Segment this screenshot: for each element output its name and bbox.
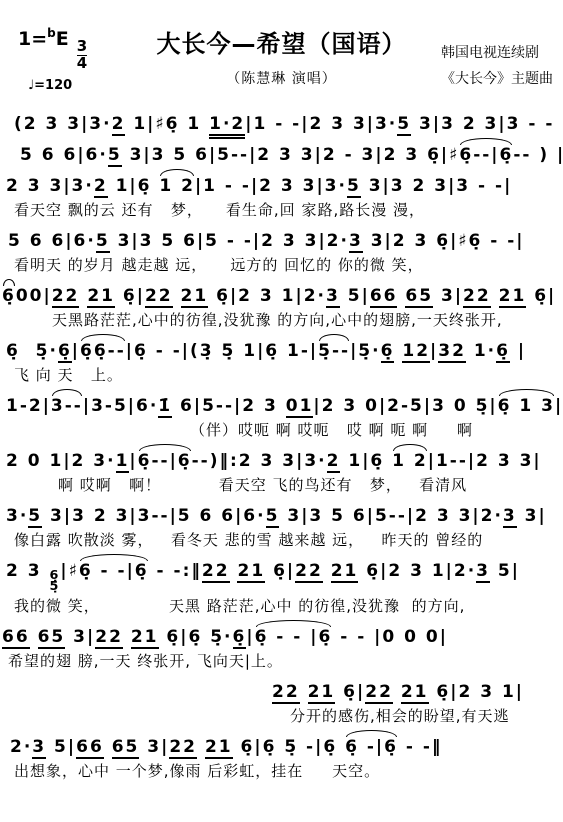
lyric-line: 啊 哎啊 啊！ 看天空 飞的鸟还有 梦， 看清风 xyxy=(0,472,563,496)
lyric-line: （伴）哎呃 啊 哎呃 哎 啊 呃 啊 啊 xyxy=(0,417,563,441)
music-line: 3·5 3|3 2 3|3--|5 6 6|6·5 3|3 5 6|5--|2 … xyxy=(0,496,563,527)
music-line: 6̣00|22 21 6̣|22 21 6̣|2 3 1|2·3 5|66 65… xyxy=(0,276,563,307)
sheet-music-page: 1=bE34 ♩=120 大长今—希望（国语） （陈慧琳 演唱） 韩国电视连续剧… xyxy=(0,0,563,822)
credit-line-2: 《大长今》主题曲 xyxy=(441,66,553,92)
music-line: 5 6 6|6·5 3|3 5 6|5 - -|2 3 3|2·3 3|2 3 … xyxy=(0,221,563,252)
header: 1=bE34 ♩=120 大长今—希望（国语） （陈慧琳 演唱） 韩国电视连续剧… xyxy=(0,0,563,102)
music-line: 5 6 6|6·5 3|3 5 6|5--|2 3 3|2 - 3|2 3 6̣… xyxy=(0,135,563,166)
music-line: (2 3 3|3·2 1|♯6̣ 1 1·2|1 - -|2 3 3|3·5 3… xyxy=(0,104,563,135)
music-line: 2 3 3|3·2 1|6̣ 1 2|1 - -|2 3 3|3·5 3|3 2… xyxy=(0,166,563,197)
music-line: 22 21 6̣|22 21 6̣|2 3 1| xyxy=(0,672,563,703)
lyric-line: 像白露 吹散淡 雾， 看冬天 悲的雪 越来越 远， 昨天的 曾经的 xyxy=(0,527,563,551)
credit-line-1: 韩国电视连续剧 xyxy=(441,40,553,66)
lyric-line: 看天空 飘的云 还有 梦， 看生命,回 家路,路长漫 漫， xyxy=(0,197,563,221)
score: (2 3 3|3·2 1|♯6̣ 1 1·2|1 - -|2 3 3|3·5 3… xyxy=(0,102,563,782)
music-line: 1-2|3--|3-5|6·1̇ 6|5--|2 3 01|2 3 0|2-5|… xyxy=(0,386,563,417)
music-line: 66 65 3|22 21 6̣|6̣ 5̣·6̣|6̣ - - |6̣ - -… xyxy=(0,617,563,648)
music-line: 2·3 5|66 65 3|22 21 6̣|6̣ 5̣ -|6̣ 6̣ -|6… xyxy=(0,727,563,758)
music-line: 2 3 6̣5̣|♯6̣ - -|6̣ - -:‖22 21 6̣|22 21 … xyxy=(0,551,563,593)
drama-credit: 韩国电视连续剧 《大长今》主题曲 xyxy=(441,40,553,92)
lyric-line: 出想象，心中 一个梦,像雨 后彩虹，挂在 天空。 xyxy=(0,758,563,782)
lyric-line: 看明天 的岁月 越走越 远， 远方的 回忆的 你的微 笑， xyxy=(0,252,563,276)
lyric-line: 飞 向 天 上。 xyxy=(0,362,563,386)
music-line: 2 0 1|2 3·1|6̣--|6̣--)‖:2 3 3|3·2 1|6̣ 1… xyxy=(0,441,563,472)
music-line: 6̣ 5̣·6̣|6̣6̣--|6̣ - -|(3̣ 5̣ 1|6̣ 1-|5̣… xyxy=(0,331,563,362)
lyric-line: 希望的翅 膀,一天 终张开, 飞向天|上。 xyxy=(0,648,563,672)
lyric-line: 分开的感伤,相会的盼望,有天逃 xyxy=(0,703,563,727)
lyric-line: 我的微 笑， 天黑 路茫茫,心中 的彷徨,没犹豫 的方向, xyxy=(0,593,563,617)
lyric-line: 天黑路茫茫,心中的彷徨,没犹豫 的方向,心中的翅膀,一天终张开, xyxy=(0,307,563,331)
